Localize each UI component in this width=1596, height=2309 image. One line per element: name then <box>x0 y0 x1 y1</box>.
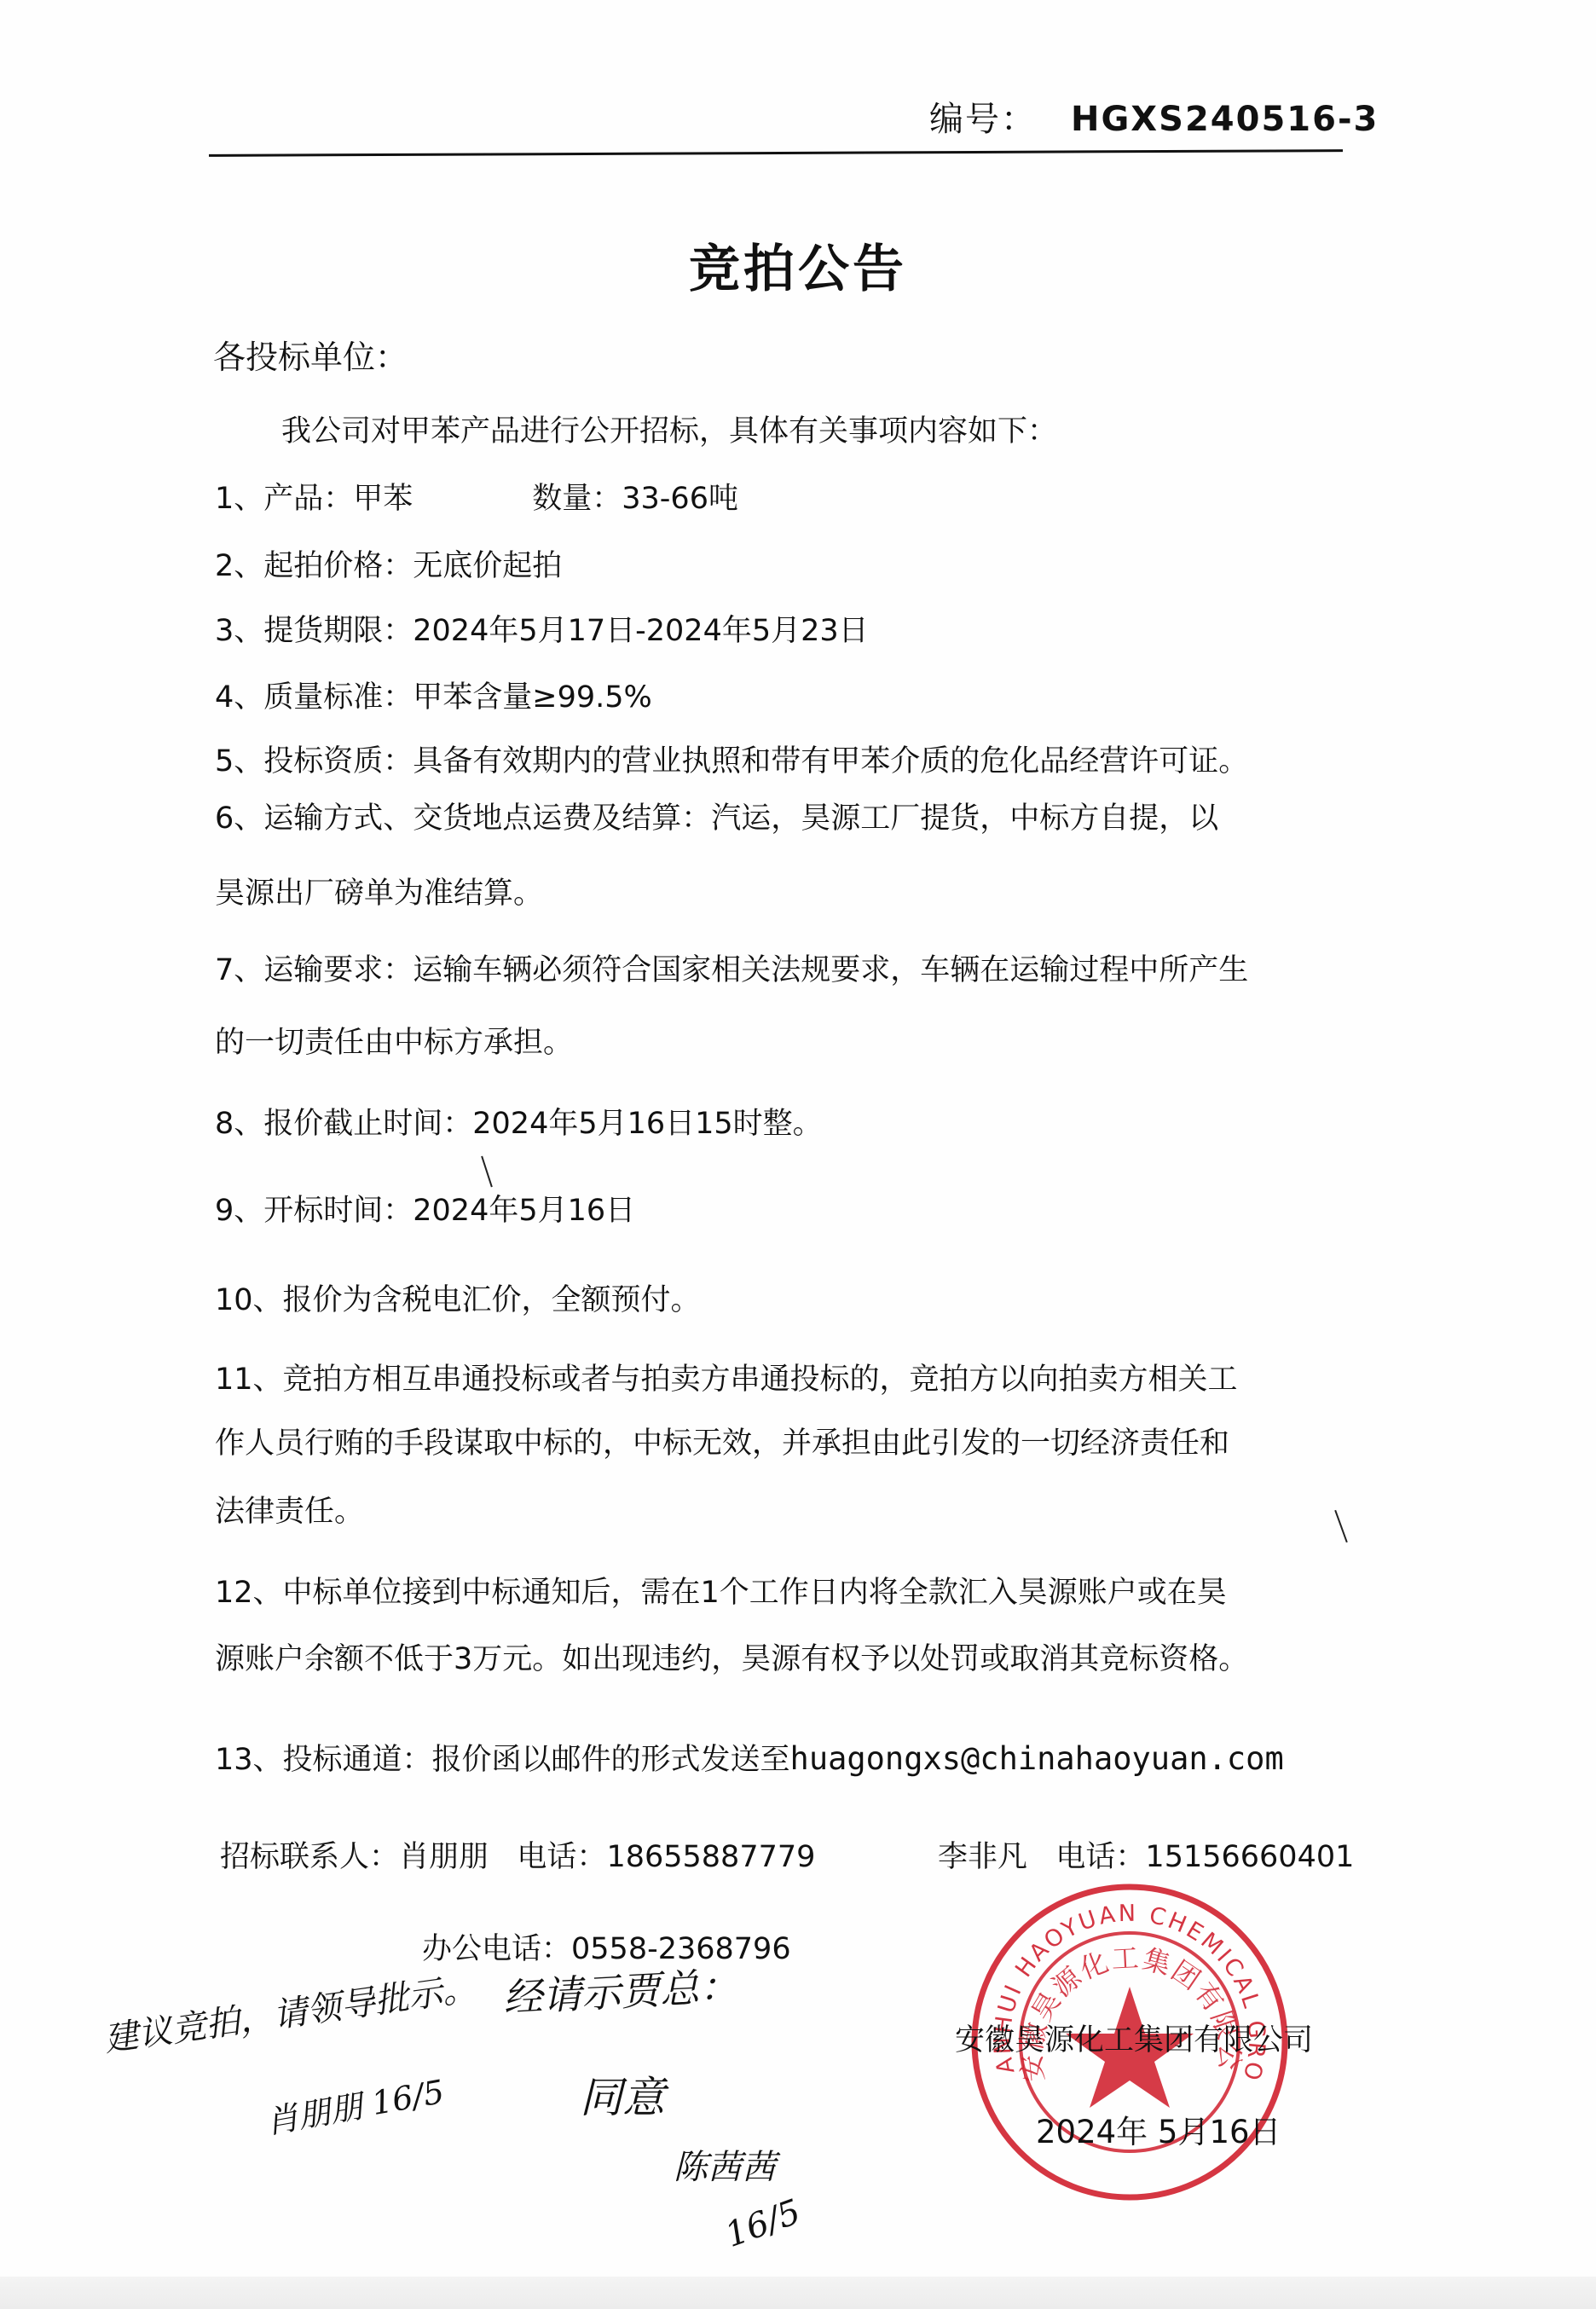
contact-1-name: 肖朋朋 <box>399 1840 489 1874</box>
item-11-collusion-line1: 11、竞拍方相互串通投标或者与拍卖方串通投标的，竞拍方以向拍卖方相关工 <box>215 1356 1238 1398</box>
document-number-label: 编号： <box>929 100 1037 139</box>
document-number-value: HGXS240516-3 <box>1071 100 1379 139</box>
handwritten-note-right: 经请示贾总： <box>501 1955 739 2023</box>
office-phone-label: 办公电话： <box>422 1932 571 1966</box>
header-rule <box>209 149 1343 157</box>
signature-date: 2024年 5月16日 <box>1036 2106 1281 2152</box>
page-title: 竞拍公告 <box>0 229 1596 302</box>
item-13-prefix: 13、投标通道：报价函以邮件的形式发送至 <box>215 1743 790 1777</box>
item-12-payment-line2: 源账户余额不低于3万元。如出现违约，昊源有权予以处罚或取消其竞标资格。 <box>215 1635 1248 1678</box>
item-6-transport-line2: 昊源出厂磅单为准结算。 <box>215 870 543 912</box>
item-11-collusion-line3: 法律责任。 <box>215 1488 364 1531</box>
item-5-qualification: 5、投标资质：具备有效期内的营业执照和带有甲苯介质的危化品经营许可证。 <box>215 738 1248 780</box>
item-2-starting-price: 2、起拍价格：无底价起拍 <box>215 542 562 585</box>
item-4-quality: 4、质量标准：甲苯含量≥99.5% <box>215 674 652 716</box>
contact-person-1: 招标联系人：肖朋朋 电话：18655887779 <box>220 1833 815 1876</box>
item-11-collusion-line2: 作人员行贿的手段谋取中标的，中标无效，并承担由此引发的一切经济责任和 <box>215 1420 1229 1462</box>
salutation: 各投标单位： <box>213 331 408 378</box>
handwritten-date-right: 16/5 <box>720 2192 806 2255</box>
contact-2-name: 李非凡 <box>938 1840 1027 1874</box>
handwritten-signature-left: 肖朋朋 16/5 <box>262 2065 448 2143</box>
contact-2-phone-label: 电话： <box>1055 1840 1145 1874</box>
scan-edge <box>0 2277 1596 2309</box>
item-9-opening-time: 9、开标时间：2024年5月16日 <box>215 1187 635 1230</box>
item-7-requirements-line1: 7、运输要求：运输车辆必须符合国家相关法规要求，车辆在运输过程中所产生 <box>215 946 1248 989</box>
contact-1-phone: 18655887779 <box>606 1840 815 1874</box>
contact-2-phone: 15156660401 <box>1145 1840 1354 1874</box>
item-3-pickup-period: 3、提货期限：2024年5月17日-2024年5月23日 <box>215 607 869 650</box>
contact-label: 招标联系人： <box>220 1840 399 1874</box>
bid-email-link[interactable]: huagongxs@chinahaoyuan.com <box>790 1740 1284 1777</box>
item-8-deadline: 8、报价截止时间：2024年5月16日15时整。 <box>215 1100 823 1143</box>
item-13-bidding-channel: 13、投标通道：报价函以邮件的形式发送至huagongxs@chinahaoyu… <box>215 1736 1284 1779</box>
handwritten-approval: 同意 <box>580 2063 665 2125</box>
document-number: 编号：HGXS240516-3 <box>929 92 1379 141</box>
handwritten-signature-right: 陈茜茜 <box>674 2140 776 2189</box>
item-7-requirements-line2: 的一切责任由中标方承担。 <box>215 1019 573 1062</box>
item-1-product: 1、产品：甲苯 数量：33-66吨 <box>215 475 738 518</box>
handwritten-note-left: 建议竞拍，请领导批示。 <box>101 1961 479 2062</box>
pen-mark <box>481 1156 493 1188</box>
item-12-payment-line1: 12、中标单位接到中标通知后，需在1个工作日内将全款汇入昊源账户或在昊 <box>215 1569 1227 1612</box>
item-6-transport-line1: 6、运输方式、交货地点运费及结算：汽运，昊源工厂提货，中标方自提，以 <box>215 795 1218 837</box>
contact-person-2: 李非凡 电话：15156660401 <box>938 1833 1354 1876</box>
item-10-payment: 10、报价为含税电汇价，全额预付。 <box>215 1276 701 1319</box>
document-page: 编号：HGXS240516-3 竞拍公告 各投标单位： 我公司对甲苯产品进行公开… <box>0 0 1596 2309</box>
company-name: 安徽昊源化工集团有限公司 <box>955 2017 1313 2059</box>
pen-mark <box>1334 1510 1348 1542</box>
contact-1-phone-label: 电话： <box>517 1840 606 1874</box>
intro-paragraph: 我公司对甲苯产品进行公开招标，具体有关事项内容如下： <box>281 408 1057 450</box>
